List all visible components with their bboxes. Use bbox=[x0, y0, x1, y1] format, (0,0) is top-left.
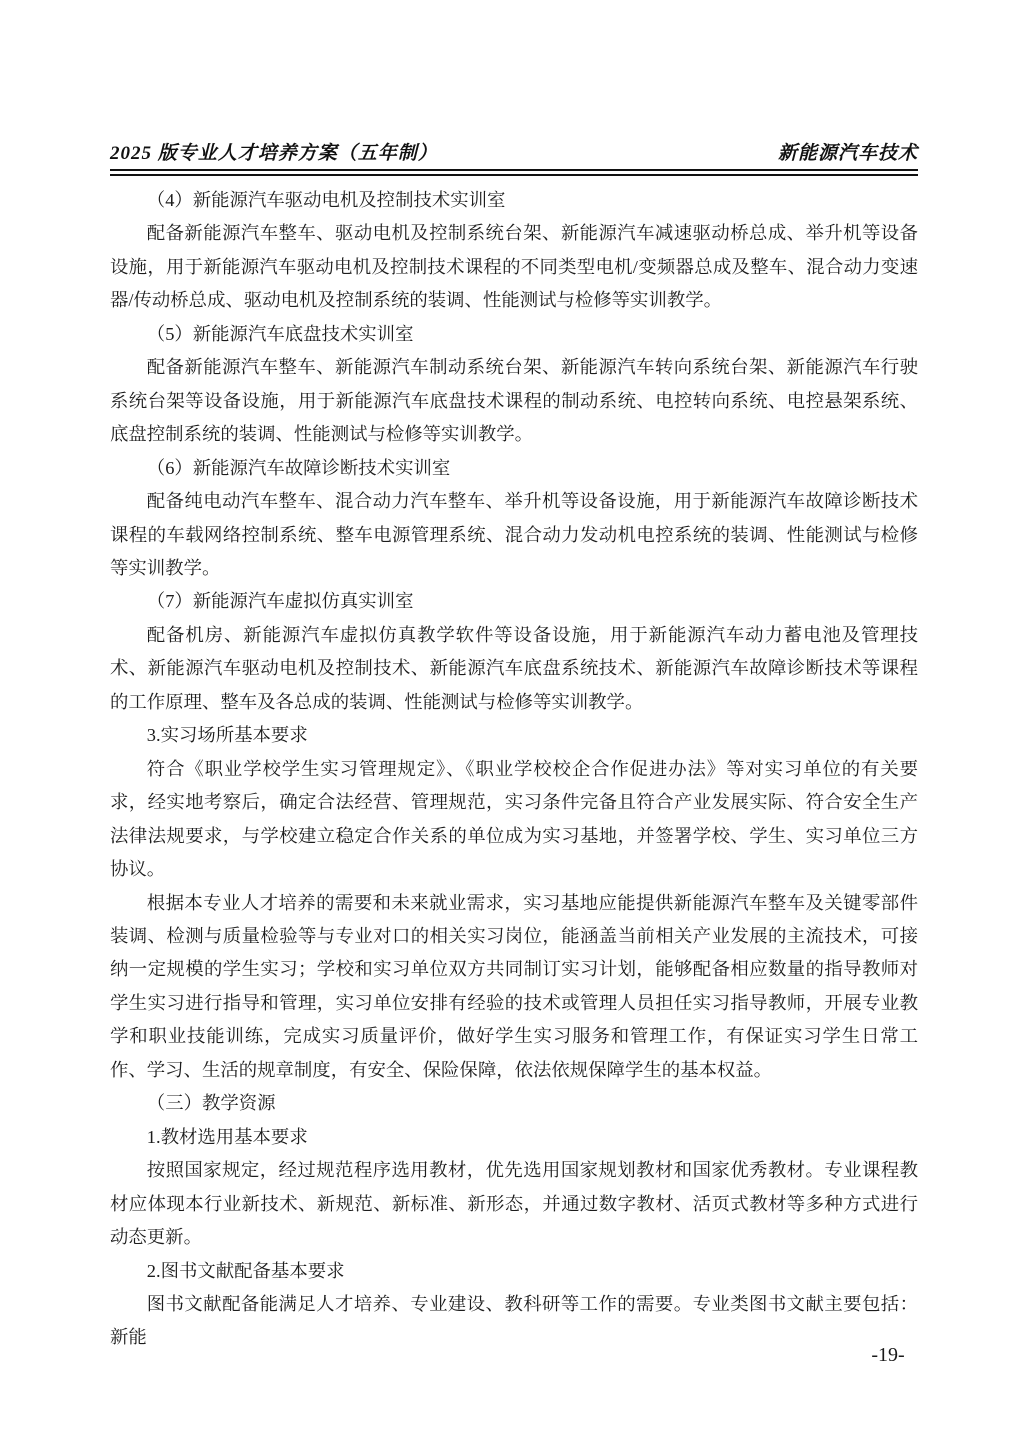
section-heading: 2.图书文献配备基本要求 bbox=[110, 1255, 918, 1288]
document-body: （4）新能源汽车驱动电机及控制技术实训室配备新能源汽车整车、驱动电机及控制系统台… bbox=[110, 184, 918, 1355]
section-heading: （6）新能源汽车故障诊断技术实训室 bbox=[110, 452, 918, 485]
page-number: -19- bbox=[838, 1344, 938, 1367]
section-heading: （4）新能源汽车驱动电机及控制技术实训室 bbox=[110, 184, 918, 217]
section-heading: （三）教学资源 bbox=[110, 1087, 918, 1120]
document-page: 2025 版专业人才培养方案（五年制） 新能源汽车技术 （4）新能源汽车驱动电机… bbox=[0, 0, 1024, 1448]
paragraph: 配备机房、新能源汽车虚拟仿真教学软件等设备设施，用于新能源汽车动力蓄电池及管理技… bbox=[110, 619, 918, 719]
paragraph: 图书文献配备能满足人才培养、专业建设、教科研等工作的需要。专业类图书文献主要包括… bbox=[110, 1288, 918, 1355]
paragraph: 符合《职业学校学生实习管理规定》、《职业学校校企合作促进办法》等对实习单位的有关… bbox=[110, 753, 918, 887]
paragraph: 配备纯电动汽车整车、混合动力汽车整车、举升机等设备设施，用于新能源汽车故障诊断技… bbox=[110, 485, 918, 585]
header-right-title: 新能源汽车技术 bbox=[778, 138, 918, 165]
header-divider-rule bbox=[110, 169, 918, 176]
paragraph: 根据本专业人才培养的需要和未来就业需求，实习基地应能提供新能源汽车整车及关键零部… bbox=[110, 887, 918, 1088]
paragraph: 按照国家规定，经过规范程序选用教材，优先选用国家规划教材和国家优秀教材。专业课程… bbox=[110, 1154, 918, 1254]
section-heading: （7）新能源汽车虚拟仿真实训室 bbox=[110, 585, 918, 618]
section-heading: 1.教材选用基本要求 bbox=[110, 1121, 918, 1154]
paragraph: 配备新能源汽车整车、驱动电机及控制系统台架、新能源汽车减速驱动桥总成、举升机等设… bbox=[110, 217, 918, 317]
section-heading: （5）新能源汽车底盘技术实训室 bbox=[110, 318, 918, 351]
page-header: 2025 版专业人才培养方案（五年制） 新能源汽车技术 bbox=[110, 138, 918, 165]
header-left-title: 2025 版专业人才培养方案（五年制） bbox=[110, 138, 438, 165]
paragraph: 配备新能源汽车整车、新能源汽车制动系统台架、新能源汽车转向系统台架、新能源汽车行… bbox=[110, 351, 918, 451]
section-heading: 3.实习场所基本要求 bbox=[110, 719, 918, 752]
